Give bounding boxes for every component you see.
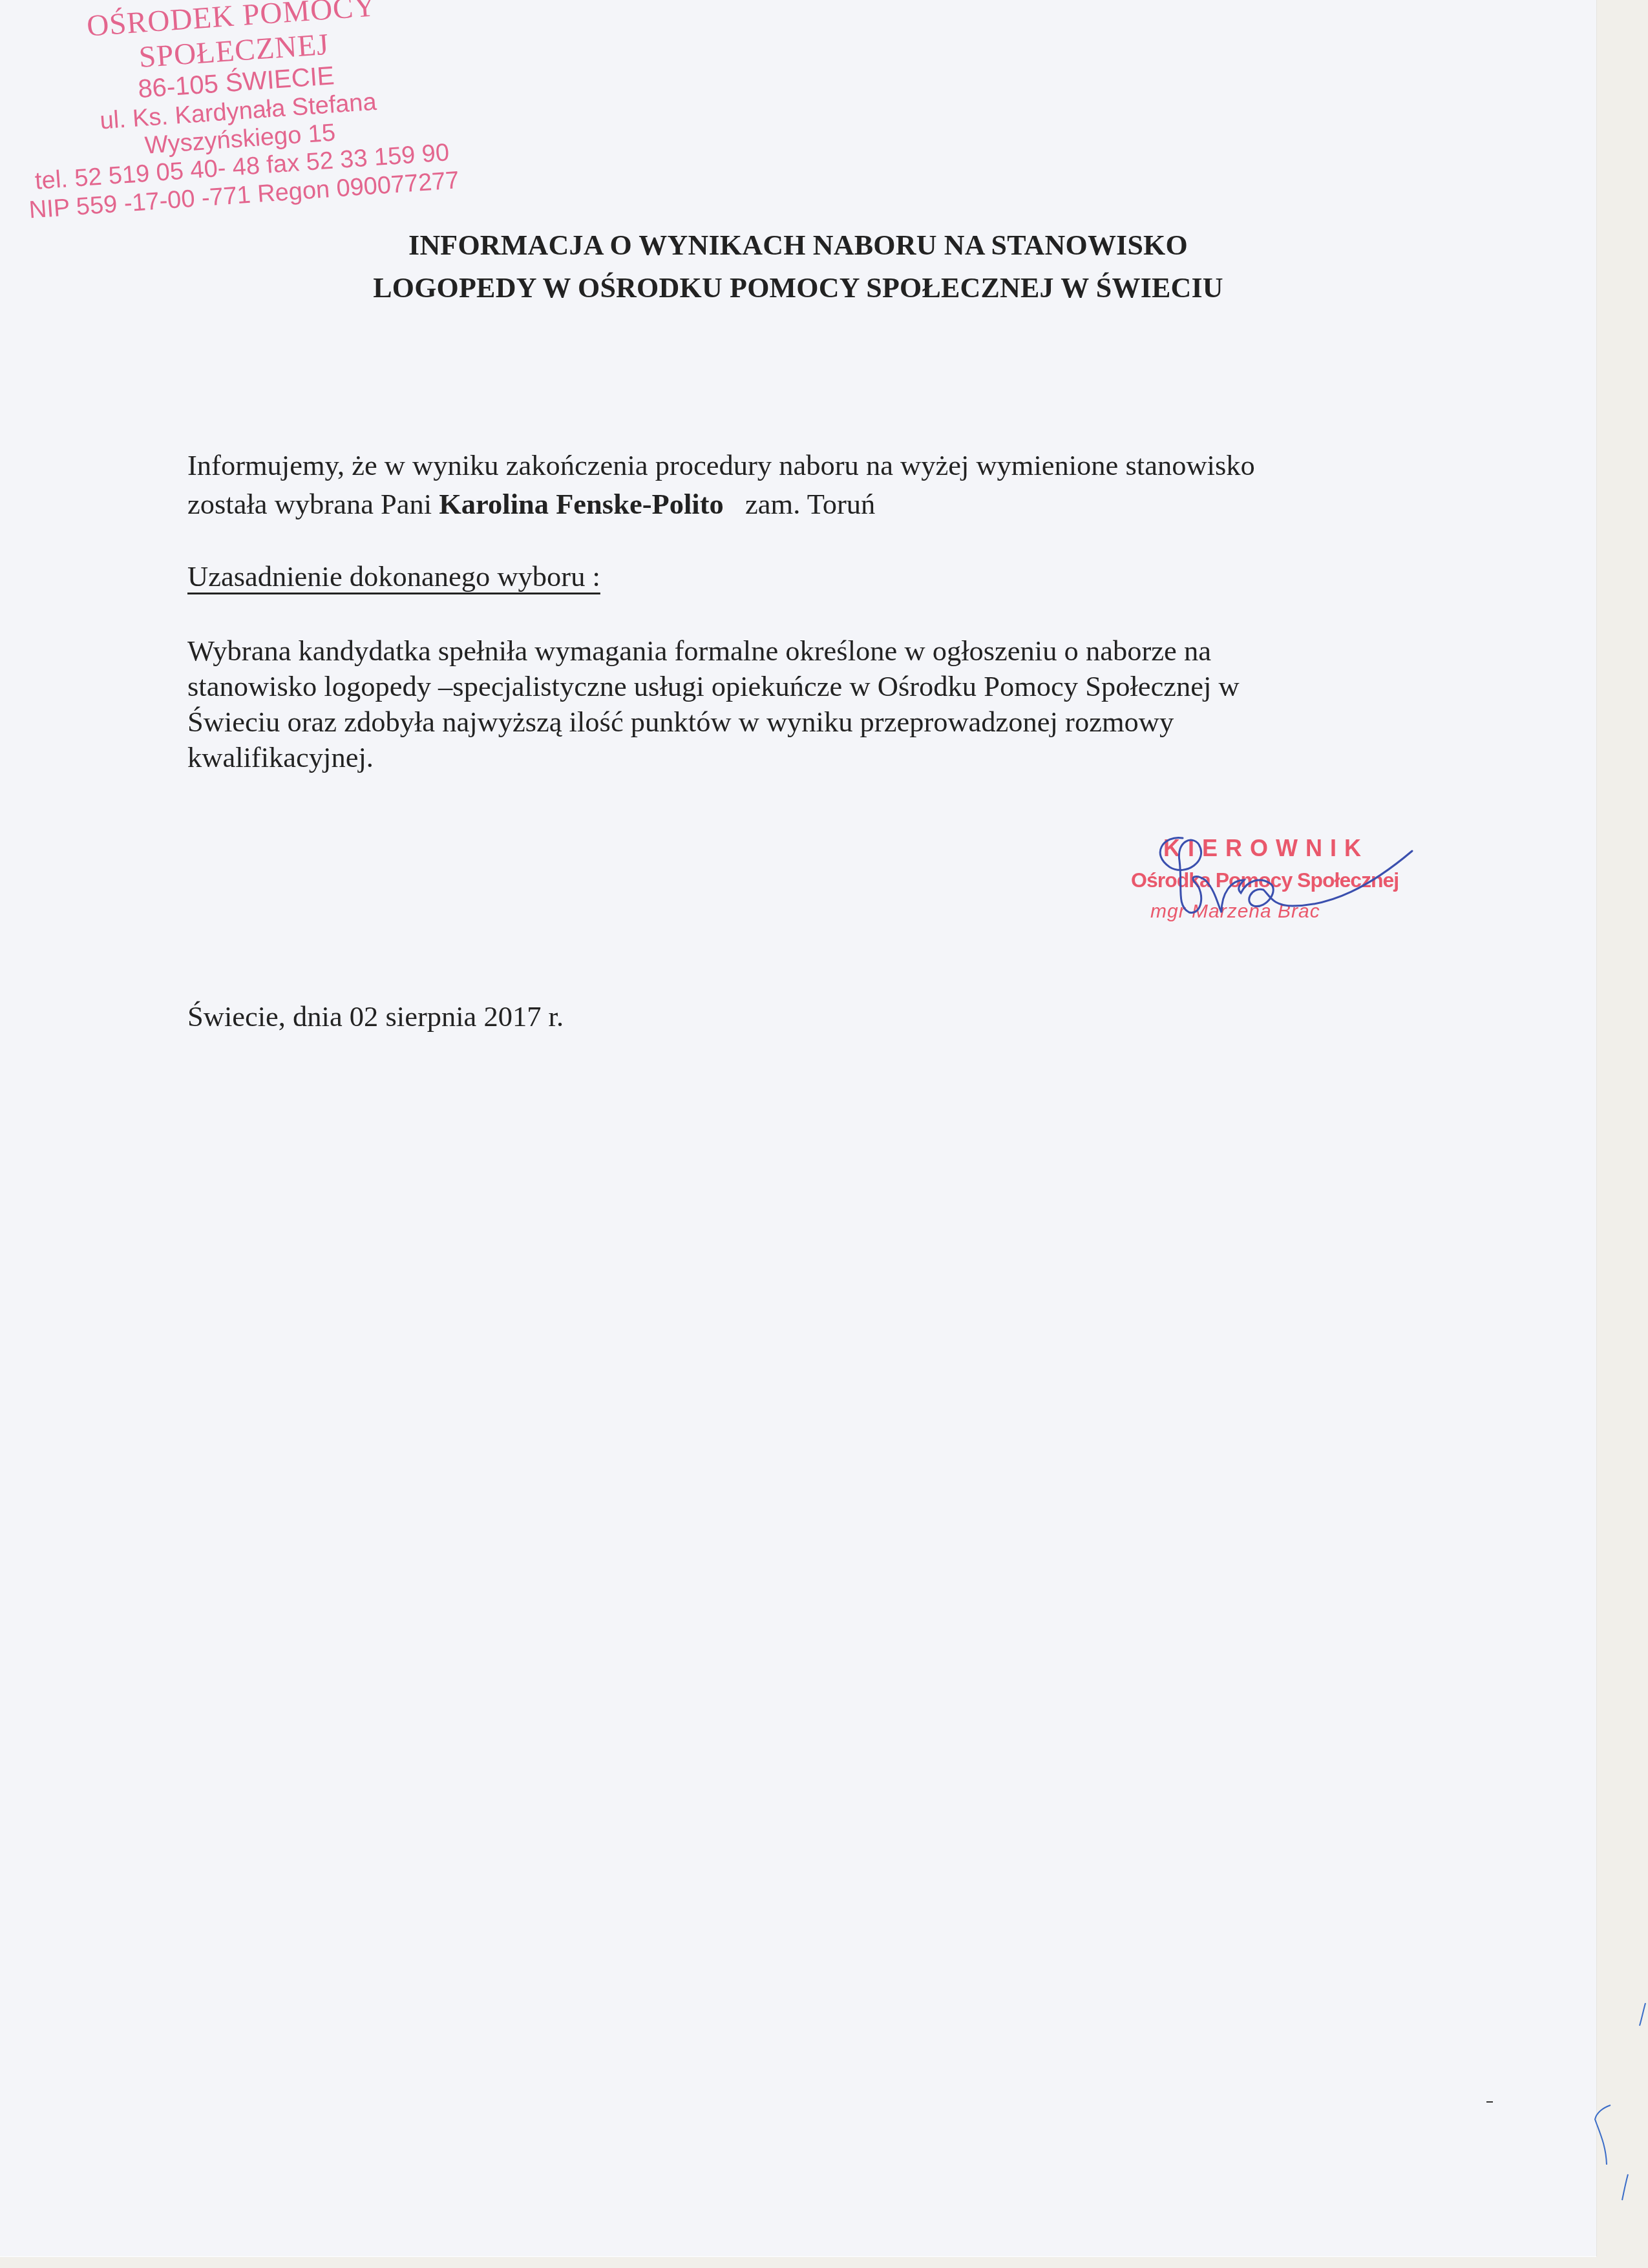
handwritten-signature-icon	[1125, 815, 1422, 945]
paragraph1-text: została wybrana Pani	[187, 488, 439, 520]
announcement-paragraph: Informujemy, że w wyniku zakończenia pro…	[187, 446, 1448, 523]
paragraph2-line-1: Wybrana kandydatka spełniła wymagania fo…	[187, 633, 1448, 669]
date-line: Świecie, dnia 02 sierpnia 2017 r.	[187, 997, 1448, 1036]
candidate-residence: zam. Toruń	[724, 488, 876, 520]
paragraph1-line-1: Informujemy, że w wyniku zakończenia pro…	[187, 446, 1448, 485]
title-line-1: INFORMACJA O WYNIKACH NABORU NA STANOWIS…	[0, 224, 1596, 267]
candidate-name: Karolina Fenske-Polito	[439, 488, 723, 520]
title-line-2: LOGOPEDY W OŚRODKU POMOCY SPOŁECZNEJ W Ś…	[0, 267, 1596, 310]
document-title: INFORMACJA O WYNIKACH NABORU NA STANOWIS…	[0, 224, 1596, 310]
paragraph2-line-4: kwalifikacyjnej.	[187, 740, 1448, 775]
justification-heading: Uzasadnienie dokonanego wyboru :	[187, 557, 1448, 596]
signature-stamp: KIEROWNIK Ośrodka Pomocy Społecznej mgr …	[1125, 815, 1422, 945]
justification-paragraph: Wybrana kandydatka spełniła wymagania fo…	[187, 633, 1448, 775]
paragraph1-line-2: została wybrana Pani Karolina Fenske-Pol…	[187, 485, 1448, 523]
paragraph2-line-3: Świeciu oraz zdobyła najwyższą ilość pun…	[187, 704, 1448, 740]
paragraph2-line-2: stanowisko logopedy –specjalistyczne usł…	[187, 669, 1448, 704]
document-page	[0, 0, 1596, 2256]
organization-stamp: OŚRODEK POMOCY SPOŁECZNEJ 86-105 ŚWIECIE…	[11, 0, 464, 225]
